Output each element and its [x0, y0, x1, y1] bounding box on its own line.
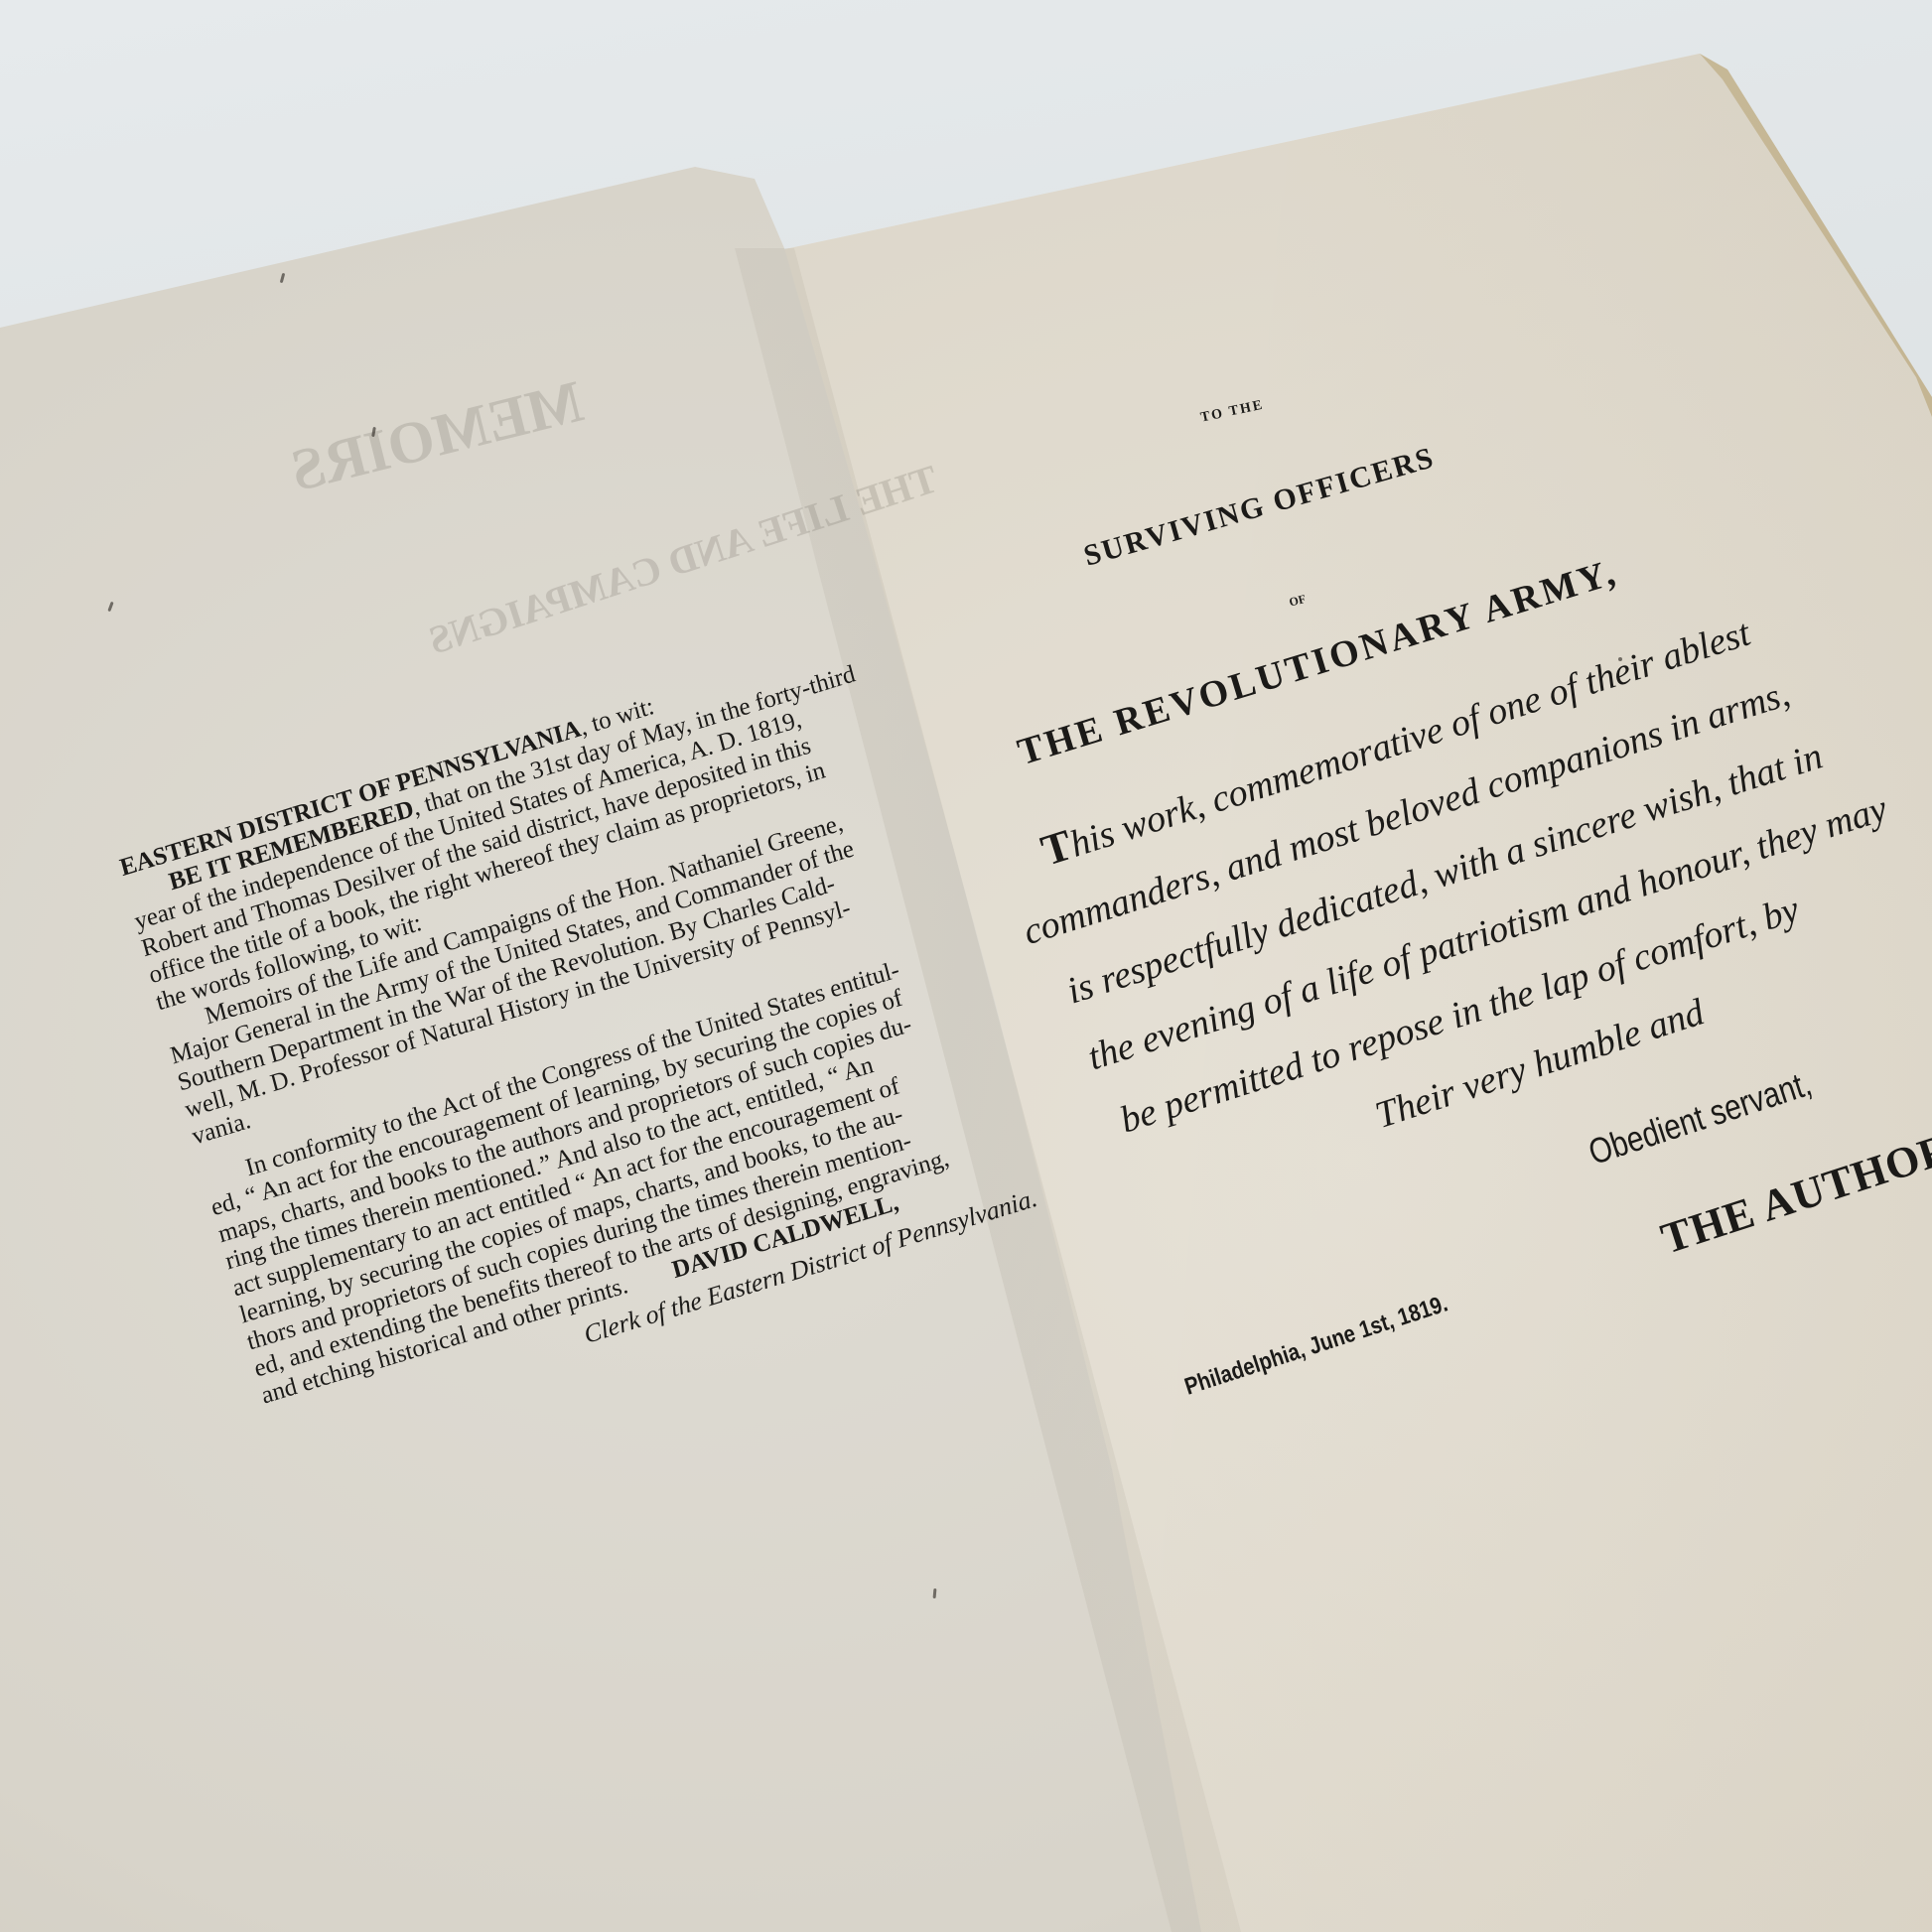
paper-speck — [1618, 657, 1622, 661]
